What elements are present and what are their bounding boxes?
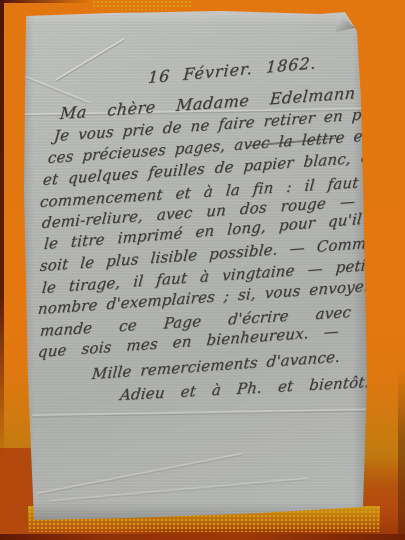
- photo-edge-left: [0, 0, 4, 540]
- background-speckle-top: [92, 0, 192, 10]
- paper-crease: [32, 408, 367, 418]
- letter-paper: 16 Février. 1862. Ma chère Madame Edelma…: [20, 10, 370, 522]
- paper-crease: [50, 477, 309, 504]
- photo-of-letter: 16 Février. 1862. Ma chère Madame Edelma…: [0, 0, 405, 540]
- photo-edge-bottom: [0, 534, 405, 540]
- handwriting-date-line: 16 Février. 1862.: [147, 53, 317, 87]
- paper-crease: [55, 38, 126, 83]
- photo-edge-right: [398, 370, 405, 540]
- paper-crease: [24, 75, 90, 105]
- photo-edge-top: [0, 0, 90, 3]
- paper-crease: [37, 452, 244, 496]
